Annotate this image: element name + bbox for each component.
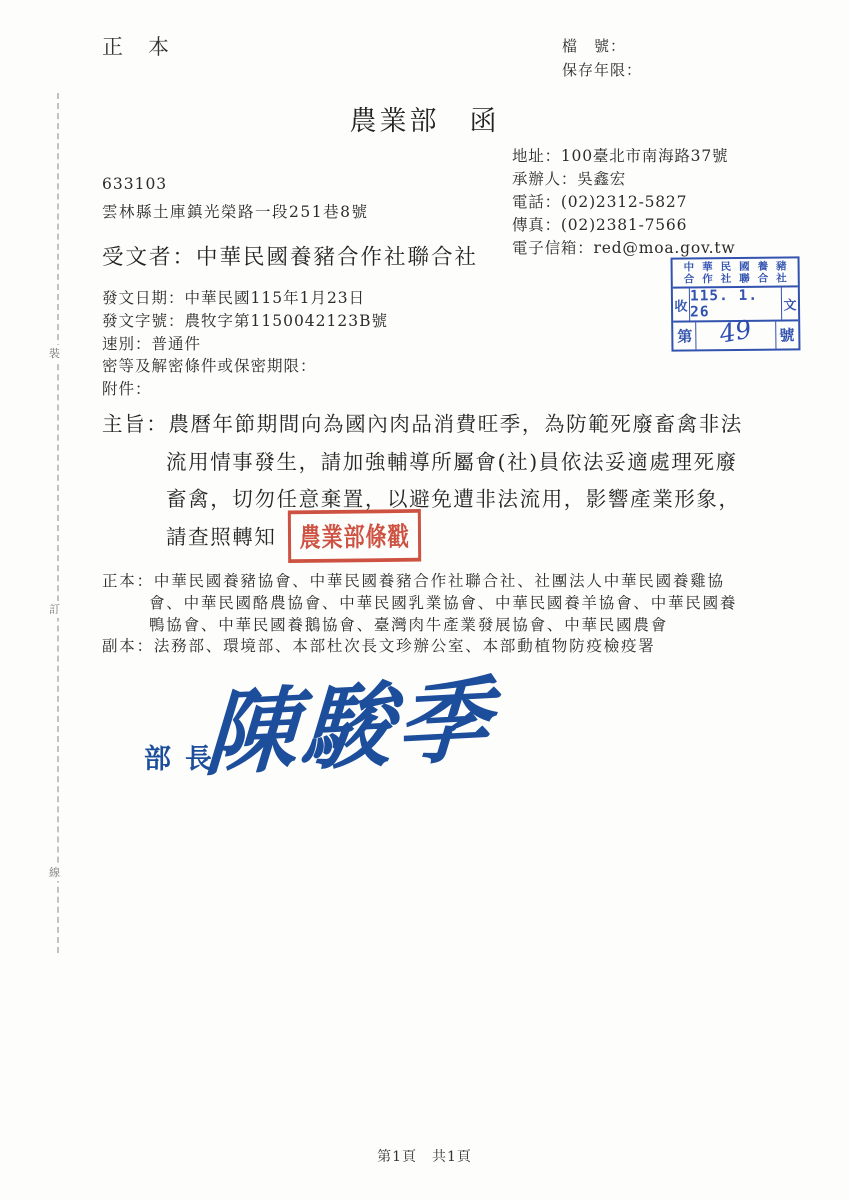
received-stamp-date: 115. 1. 26 (690, 288, 781, 321)
subject-label: 主旨： (102, 412, 168, 436)
received-stamp-org-line2: 合作社聯合社 (673, 272, 798, 285)
subject-line-2: 流用情事發生，請加強輔導所屬會(社)員依法妥適處理死廢 (102, 444, 743, 482)
received-stamp-number-row: 第 49 號 (673, 321, 798, 349)
primary-label: 正本： (102, 572, 154, 590)
doc-number: 發文字號：農牧字第1150042123B號 (102, 310, 388, 333)
received-stamp-number-suffix: 號 (776, 324, 798, 345)
copy-type-label: 正 本 (102, 31, 171, 61)
received-stamp-number-handwritten: 49 (717, 314, 754, 348)
received-stamp-wen: 文 (781, 287, 798, 319)
recipient-postal-code: 633103 (102, 175, 167, 193)
sender-fax: 傳真：(02)2381-7566 (512, 214, 736, 237)
subject-line-3: 畜禽，切勿任意棄置，以避免遭非法流用，影響產業形象， (102, 481, 743, 519)
binding-mark-xian: 線 (49, 864, 60, 881)
binding-mark-ding: 訂 (49, 601, 60, 618)
document-title: 農業部 函 (0, 99, 849, 138)
subject-section: 主旨：農曆年節期間向為國內肉品消費旺季，為防範死廢畜禽非法 流用情事發生，請加強… (102, 406, 743, 556)
minister-signature: 陳駿季 (203, 673, 495, 780)
binding-mark-zhuang: 裝 (49, 345, 60, 362)
security-class: 密等及解密條件或保密期限： (102, 355, 388, 378)
primary-recipients-line-2: 會、中華民國酪農協會、中華民國乳業協會、中華民國養羊協會、中華民國養 (102, 593, 737, 615)
received-stamp: 中華民國養豬 合作社聯合社 收 115. 1. 26 文 第 49 號 (671, 256, 801, 351)
binding-dashed-line (57, 93, 59, 953)
cc-recipients-line: 副本：法務部、環境部、本部杜次長文珍辦公室、本部動植物防疫檢疫署 (102, 636, 737, 658)
primary-text-1: 中華民國養豬協會、中華民國養豬合作社聯合社、社團法人中華民國養雞協 (154, 572, 725, 590)
cc-text: 法務部、環境部、本部杜次長文珍辦公室、本部動植物防疫檢疫署 (154, 637, 656, 655)
department-seal: 農業部條戳 (288, 509, 421, 563)
primary-recipients-line-1: 正本：中華民國養豬協會、中華民國養豬合作社聯合社、社團法人中華民國養雞協 (102, 571, 737, 593)
received-stamp-org: 中華民國養豬 合作社聯合社 (673, 258, 798, 288)
subject-line-1: 主旨：農曆年節期間向為國內肉品消費旺季，為防範死廢畜禽非法 (102, 406, 743, 444)
sender-officer: 承辦人：吳鑫宏 (512, 168, 736, 191)
sender-contact-block: 地址：100臺北市南海路37號 承辦人：吳鑫宏 電話：(02)2312-5827… (512, 145, 736, 260)
received-stamp-number-prefix: 第 (673, 325, 695, 346)
recipient-line: 受文者：中華民國養豬合作社聯合社 (102, 240, 478, 271)
cc-label: 副本： (102, 637, 154, 655)
received-stamp-shou: 收 (673, 288, 690, 320)
speed-class: 速別：普通件 (102, 333, 388, 356)
distribution-section: 正本：中華民國養豬協會、中華民國養豬合作社聯合社、社團法人中華民國養雞協 會、中… (102, 571, 737, 658)
recipient-address: 雲林縣土庫鎮光榮路一段251巷8號 (102, 200, 368, 222)
subject-text-1: 農曆年節期間向為國內肉品消費旺季，為防範死廢畜禽非法 (168, 412, 743, 436)
primary-recipients-line-3: 鴨協會、中華民國養鵝協會、臺灣肉牛產業發展協會、中華民國農會 (102, 615, 737, 637)
received-stamp-number-cell: 49 (695, 322, 776, 350)
official-letter-page: 裝 訂 線 正 本 檔 號： 保存年限： 農業部 函 地址：100臺北市南海路3… (0, 0, 849, 1200)
sender-phone: 電話：(02)2312-5827 (512, 191, 736, 214)
document-meta-block: 發文日期：中華民國115年1月23日 發文字號：農牧字第1150042123B號… (102, 287, 388, 401)
retention-period-label: 保存年限： (562, 59, 642, 80)
subject-line-4: 請查照轉知 (102, 519, 743, 557)
page-number-footer: 第1頁 共1頁 (0, 1146, 849, 1166)
file-number-label: 檔 號： (562, 35, 626, 56)
issue-date: 發文日期：中華民國115年1月23日 (102, 287, 388, 310)
sender-address: 地址：100臺北市南海路37號 (512, 145, 736, 168)
attachment-label: 附件： (102, 378, 388, 401)
